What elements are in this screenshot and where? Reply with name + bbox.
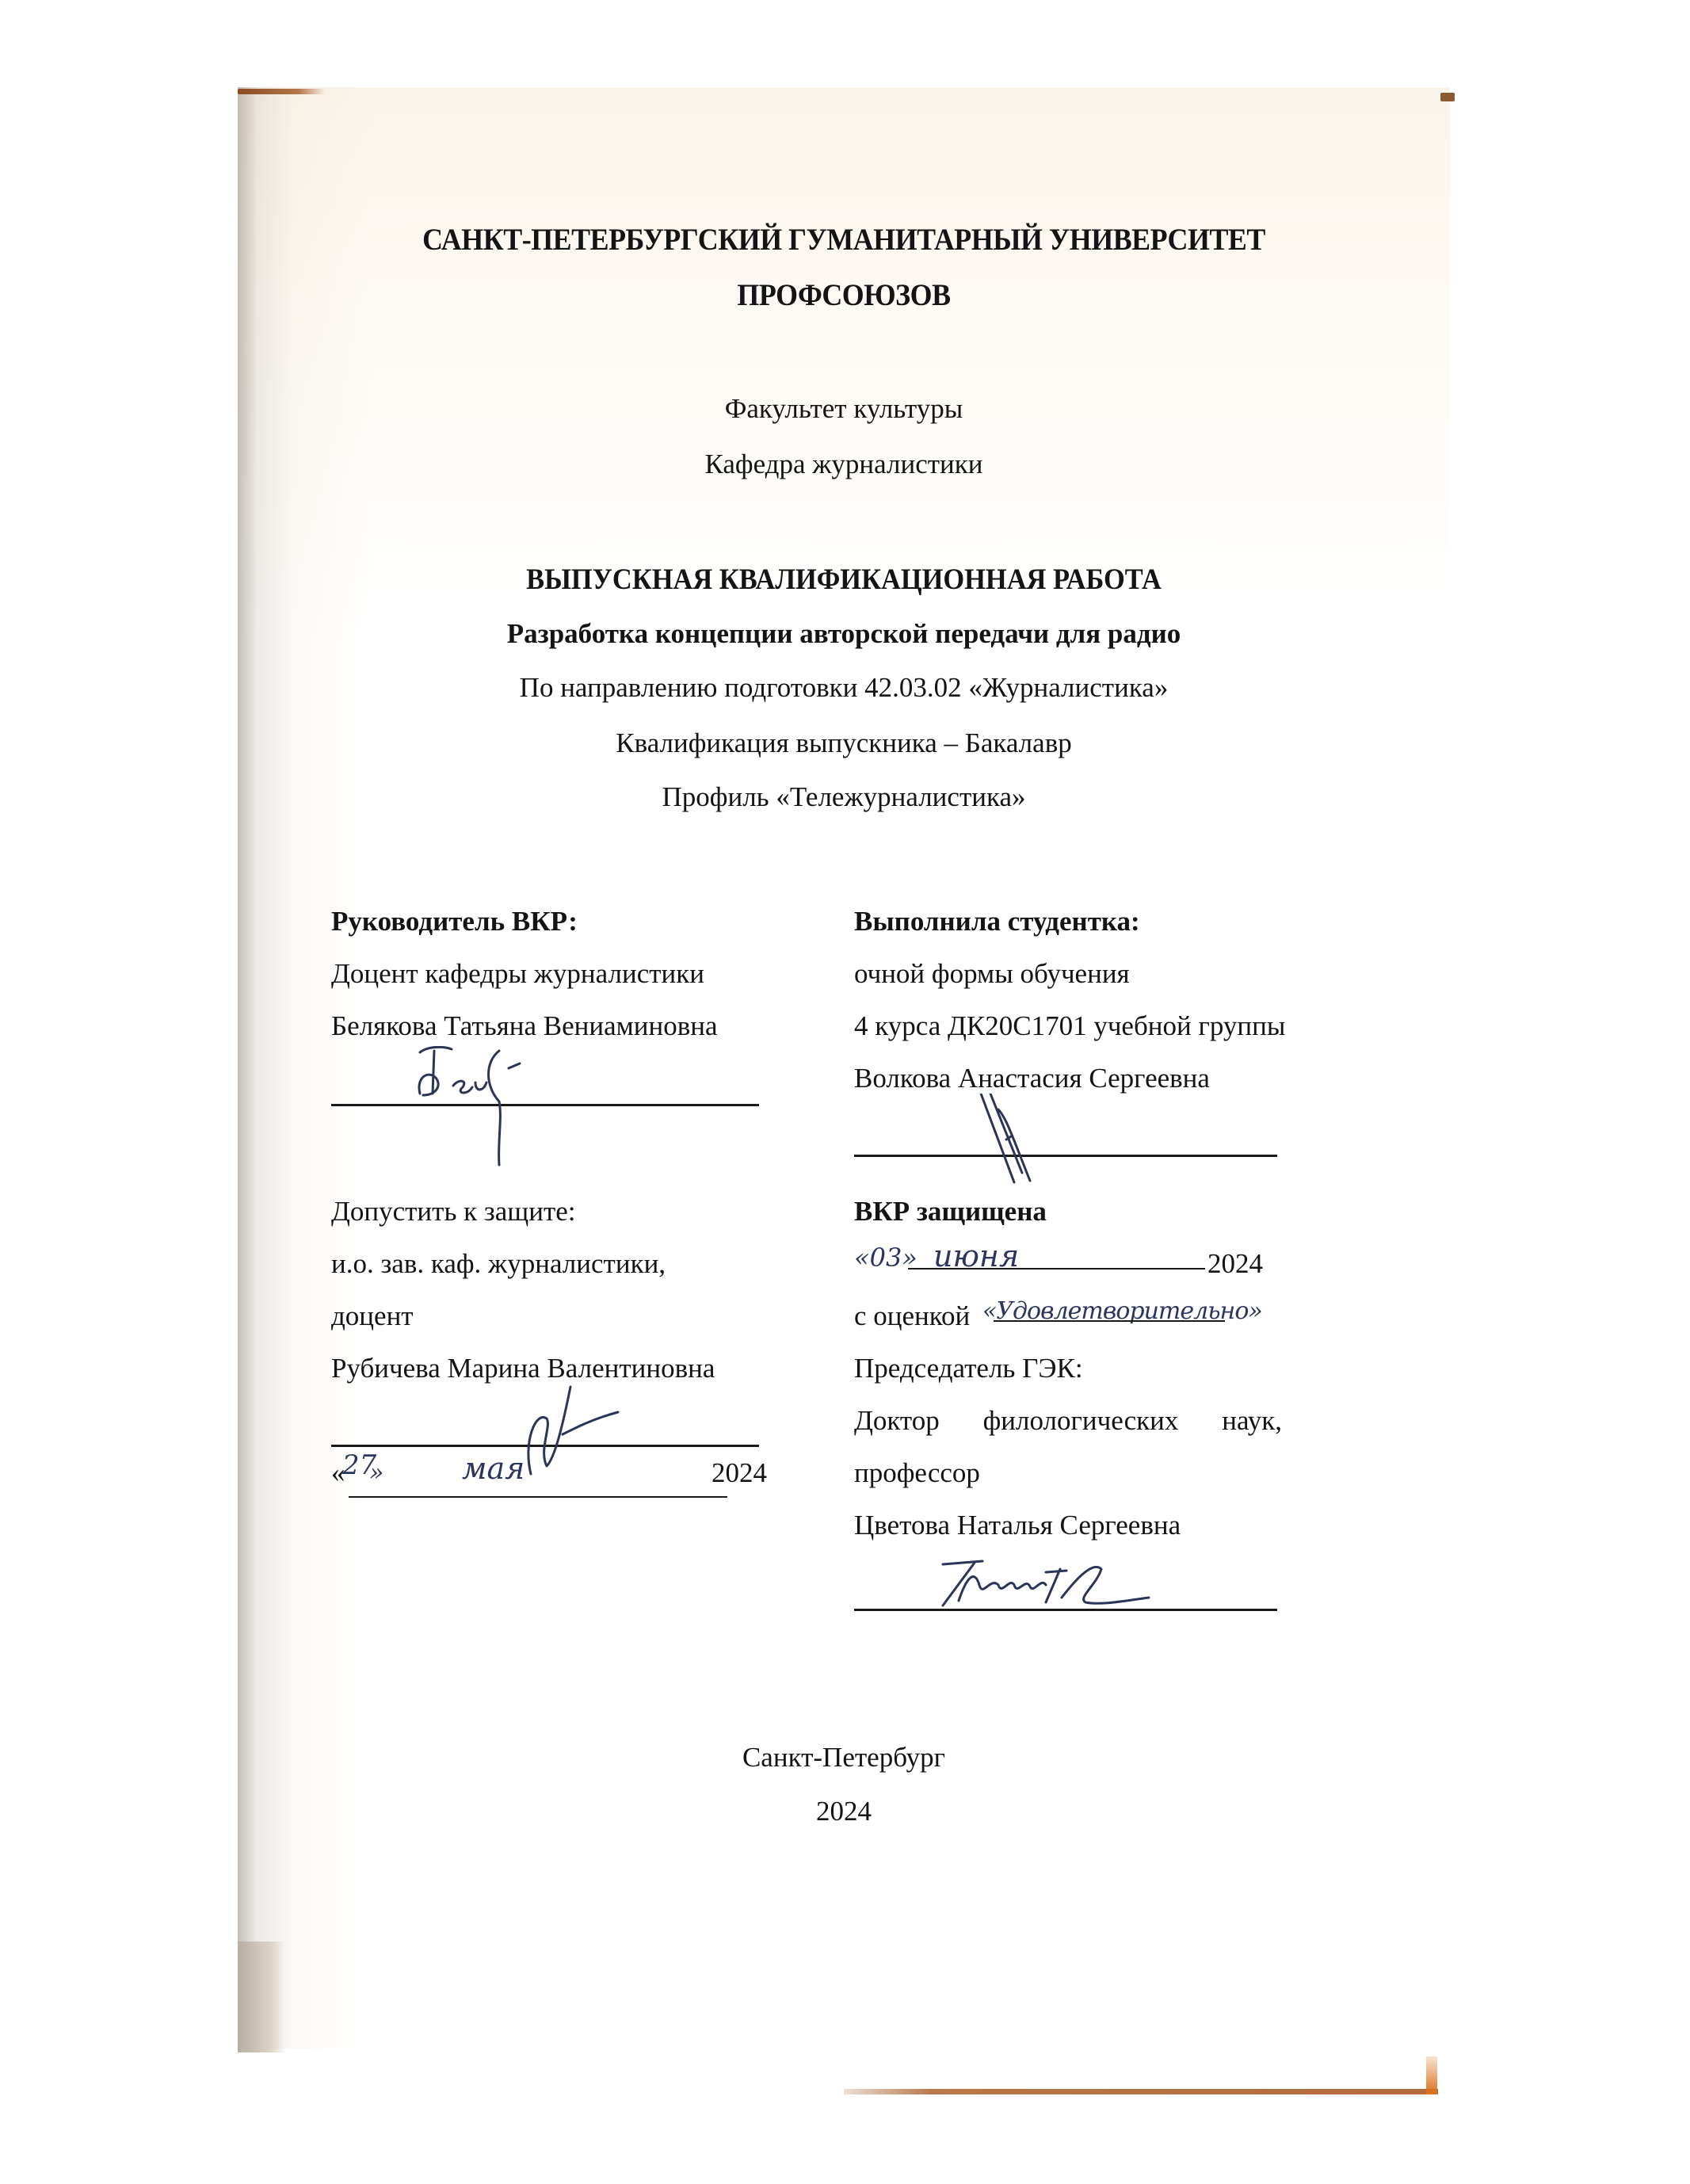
supervisor-block: Руководитель ВКР: Доцент кафедры журнали… [331,895,775,1052]
chair-heading: Председатель ГЭК: [854,1342,1282,1395]
defense-block: ВКР защищена «03» июня 2024 с оценкой «У… [854,1186,1282,1552]
student-signature-line [854,1155,1277,1157]
student-heading: Выполнила студентка: [854,895,1345,948]
defense-date: «03» июня 2024 [854,1238,1282,1290]
defense-heading: ВКР защищена [854,1186,1282,1238]
year: 2024 [238,1796,1450,1827]
defense-grade-label: с оценкой [854,1300,970,1331]
defense-date-line [908,1268,1205,1270]
paper-bottom-edge [844,2089,1438,2094]
faculty: Факультет культуры [238,393,1450,425]
supervisor-name: Белякова Татьяна Вениаминовна [331,1000,775,1052]
admission-date: «27»мая 2024 [331,1447,775,1499]
defense-date-month: июня [933,1230,1019,1282]
paper-corner-mark [1440,93,1455,101]
admission-heading: Допустить к защите: [331,1186,775,1238]
department: Кафедра журналистики [238,449,1450,480]
chair-title: профессор [854,1447,1282,1499]
admission-date-line [349,1496,727,1498]
city: Санкт-Петербург [238,1742,1450,1774]
supervisor-position: Доцент кафедры журналистики [331,948,775,1000]
student-group: 4 курса ДК20С1701 учебной группы [854,1000,1345,1052]
admission-position-line1: и.о. зав. каф. журналистики, [331,1238,775,1290]
defense-grade-value: «Удовлетворительно» [982,1285,1262,1338]
work-type-heading: ВЫПУСКНАЯ КВАЛИФИКАЦИОННАЯ РАБОТА [280,563,1408,597]
admission-date-quote-close: » [369,1447,383,1499]
admission-position-line2: доцент [331,1290,775,1342]
admission-name: Рубичева Марина Валентиновна [331,1342,775,1395]
paper-top-edge [238,89,325,94]
university-name-line1: САНКТ-ПЕТЕРБУРГСКИЙ ГУМАНИТАРНЫЙ УНИВЕРС… [286,222,1402,258]
paper-bottom-corner [1426,2056,1437,2094]
chair-signature-line [854,1609,1277,1611]
defense-grade: с оценкой «Удовлетворительно» [854,1290,1282,1342]
university-name-line2: ПРОФСОЮЗОВ [286,277,1402,313]
supervisor-heading: Руководитель ВКР: [331,895,775,948]
admission-block: Допустить к защите: и.о. зав. каф. журна… [331,1186,775,1395]
student-block: Выполнила студентка: очной формы обучени… [854,895,1345,1105]
work-title: Разработка концепции авторской передачи … [238,618,1450,650]
admission-date-month: мая [462,1442,525,1495]
chair-name: Цветова Наталья Сергеевна [854,1499,1282,1552]
defense-date-year: 2024 [1207,1238,1263,1290]
study-direction: По направлению подготовки 42.03.02 «Журн… [238,672,1450,704]
student-name: Волкова Анастасия Сергеевна [854,1052,1345,1105]
chair-degree: Доктор филологических наук, [854,1395,1282,1447]
defense-grade-line [994,1320,1225,1322]
qualification: Квалификация выпускника – Бакалавр [238,727,1450,759]
supervisor-signature-line [331,1104,759,1106]
profile: Профиль «Тележурналистика» [238,781,1450,813]
admission-date-year: 2024 [711,1447,767,1499]
student-study-form: очной формы обучения [854,948,1345,1000]
defense-date-day: «03» [854,1231,917,1284]
binding-shadow [238,1942,285,2052]
